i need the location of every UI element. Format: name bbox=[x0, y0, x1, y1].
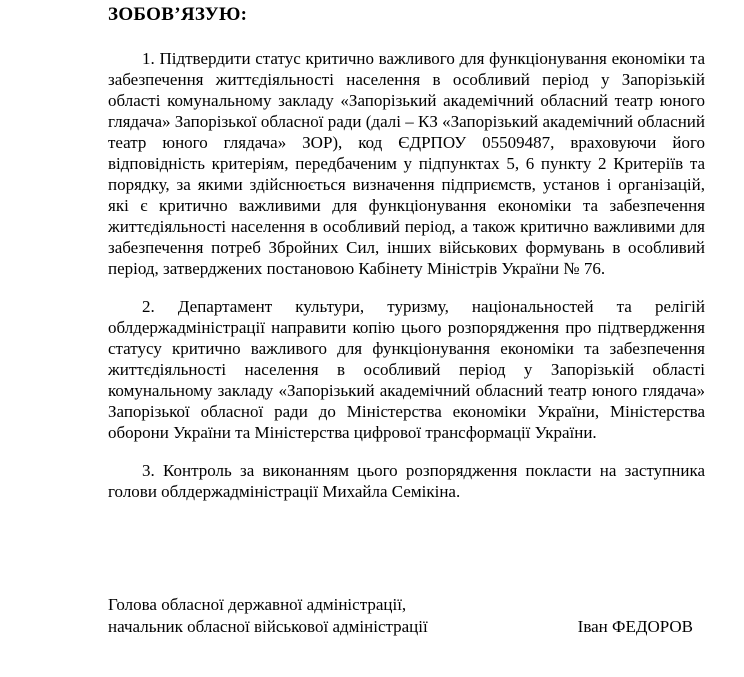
document-content: ЗОБОВ’ЯЗУЮ: 1. Підтвердити статус критич… bbox=[0, 0, 744, 638]
signatory-name: Іван ФЕДОРОВ bbox=[578, 616, 705, 638]
signature-row: начальник обласної військової адміністра… bbox=[108, 616, 705, 638]
document-page: ЗОБОВ’ЯЗУЮ: 1. Підтвердити статус критич… bbox=[0, 0, 744, 677]
decree-paragraph-2: 2. Департамент культури, туризму, націон… bbox=[108, 296, 705, 443]
document-viewer: { "colors": { "page_background": "#fffff… bbox=[0, 0, 744, 677]
signature-block: Голова обласної державної адміністрації,… bbox=[108, 594, 705, 638]
decree-paragraph-1: 1. Підтвердити статус критично важливого… bbox=[108, 48, 705, 279]
decree-paragraph-3: 3. Контроль за виконанням цього розпоряд… bbox=[108, 460, 705, 502]
signatory-position-line-1: Голова обласної державної адміністрації, bbox=[108, 594, 705, 616]
decree-heading: ЗОБОВ’ЯЗУЮ: bbox=[108, 4, 705, 25]
signatory-position-line-2: начальник обласної військової адміністра… bbox=[108, 616, 428, 638]
